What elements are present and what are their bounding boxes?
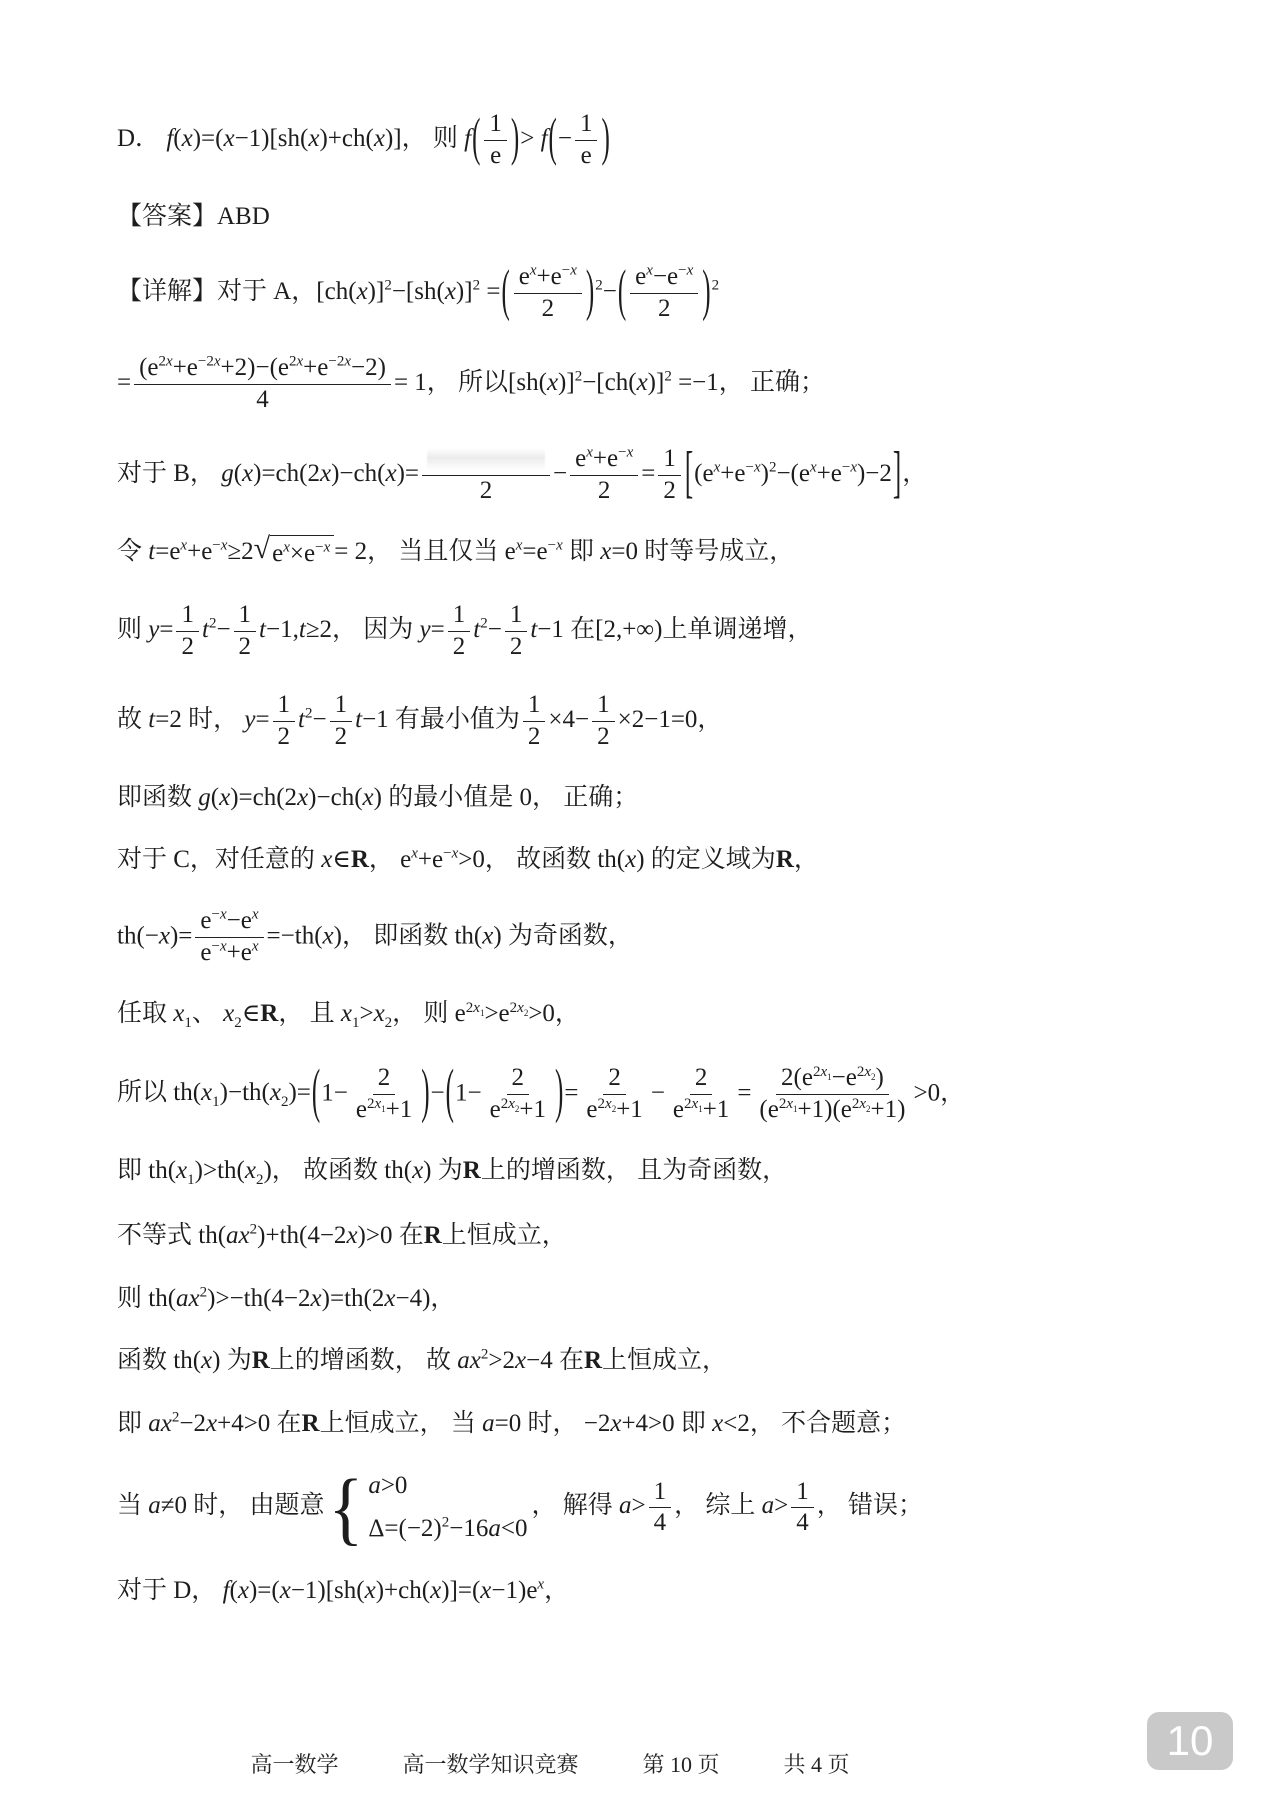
detail-c-line-9: 即 ax2−2x+4>0 在R上恒成立， 当 a=0 时， −2x+4>0 即 …: [117, 1408, 1240, 1441]
detail-c-line-10: 当 a≠0 时， 由题意{a>0Δ=(−2)2−16a<0， 解得 a>14， …: [117, 1470, 1240, 1545]
big-bracket: ]: [893, 438, 901, 513]
fraction: 2e2x1+1: [351, 1064, 417, 1125]
detail-c-line-1: 对于 C，对任意的 x∈R， ex+e−x>0， 故函数 th(x) 的定义域为…: [117, 844, 1240, 877]
footer-page-label: 第 10 页: [643, 1748, 720, 1779]
detail-d-line-1: 对于 D， f(x)=(x−1)[sh(x)+ch(x)]=(x−1)ex，: [117, 1575, 1240, 1608]
big-bracket: ): [601, 106, 609, 174]
big-bracket: (: [446, 1055, 454, 1133]
big-bracket: (: [312, 1055, 320, 1133]
detail-b-line-3: 则 y=12t2−12t−1,t≥2， 因为 y=12t2−12t−1 在[2,…: [117, 601, 1240, 662]
answer-line: 【答案】ABD: [117, 201, 1240, 234]
big-bracket: (: [501, 256, 509, 331]
detail-c-line-7: 则 th(ax2)>−th(4−2x)=th(2x−4)，: [117, 1283, 1240, 1316]
big-bracket: (: [618, 256, 626, 331]
page-number-badge: 10: [1147, 1712, 1233, 1770]
detail-c-line-5: 即 th(x1)>th(x2)， 故函数 th(x) 为R上的增函数， 且为奇函…: [117, 1155, 1240, 1191]
detail-b-line-5: 即函数 g(x)=ch(2x)−ch(x) 的最小值是 0， 正确；: [117, 782, 1240, 815]
fraction: (e2x+e−2x+2)−(e2x+e−2x−2)4: [134, 354, 391, 415]
big-bracket: (: [549, 106, 557, 174]
detail-a-line-1: 【详解】对于 A，[ch(x)]2−[sh(x)]2 =(ex+e−x2)2−(…: [117, 263, 1240, 324]
fraction: 2: [422, 445, 550, 506]
footer-exam-title: 高一数学知识竞赛: [402, 1748, 578, 1779]
big-bracket: ): [702, 256, 710, 331]
detail-b-line-4: 故 t=2 时， y=12t2−12t−1 有最小值为12×4−12×2−1=0…: [117, 691, 1240, 752]
detail-a-line-2: =(e2x+e−2x+2)−(e2x+e−2x−2)4= 1， 所以[sh(x)…: [117, 354, 1240, 415]
big-bracket: ): [586, 256, 594, 331]
detail-b-line-2: 令 t=ex+e−x≥2√ex×e−x= 2， 当且仅当 ex=e−x 即 x=…: [117, 535, 1240, 571]
solution-content: D． f(x)=(x−1)[sh(x)+ch(x)]， 则 f(1e)> f(−…: [0, 0, 1280, 1608]
detail-c-line-8: 函数 th(x) 为R上的增函数， 故 ax2>2x−4 在R上恒成立，: [117, 1345, 1240, 1378]
fraction: ex+e−x2: [570, 445, 638, 506]
fraction: 12: [505, 601, 528, 662]
smudged-area: [427, 449, 545, 471]
fraction: 14: [649, 1478, 672, 1539]
fraction: 12: [592, 691, 615, 752]
big-bracket: [: [685, 438, 693, 513]
detail-c-line-4: 所以 th(x1)−th(x2)=(1−2e2x1+1)−(1−2e2x2+1)…: [117, 1064, 1240, 1125]
fraction: 12: [176, 601, 199, 662]
document-page: D． f(x)=(x−1)[sh(x)+ch(x)]， 则 f(1e)> f(−…: [0, 0, 1280, 1819]
fraction: 12: [658, 445, 681, 506]
big-bracket: (: [472, 106, 480, 174]
fraction: e−x−exe−x+ex: [195, 907, 263, 968]
big-bracket: ): [421, 1055, 429, 1133]
cases-system: {a>0Δ=(−2)2−16a<0: [329, 1470, 528, 1545]
detail-c-line-2: th(−x)=e−x−exe−x+ex=−th(x)， 即函数 th(x) 为奇…: [117, 907, 1240, 968]
footer-course-label: 高一数学: [250, 1748, 338, 1779]
big-bracket: ): [555, 1055, 563, 1133]
fraction: 2(e2x1−e2x2)(e2x1+1)(e2x2+1): [754, 1064, 910, 1125]
detail-c-line-3: 任取 x1、 x2∈R， 且 x1>x2， 则 e2x1>e2x2>0，: [117, 998, 1240, 1034]
detail-b-line-1: 对于 B， g(x)=ch(2x)−ch(x)=2−ex+e−x2=12[(ex…: [117, 445, 1240, 506]
fraction: 2e2x1+1: [668, 1064, 734, 1125]
detail-c-line-6: 不等式 th(ax2)+th(4−2x)>0 在R上恒成立，: [117, 1220, 1240, 1253]
big-bracket: ): [511, 106, 519, 174]
option-d-line: D． f(x)=(x−1)[sh(x)+ch(x)]， 则 f(1e)> f(−…: [117, 110, 1240, 171]
square-root: √ex×e−x: [254, 535, 335, 571]
footer-total-label: 共 4 页: [784, 1748, 850, 1779]
fraction: 2e2x2+1: [485, 1064, 551, 1125]
fraction: 12: [523, 691, 546, 752]
fraction: 12: [273, 691, 296, 752]
fraction: 2e2x2+1: [581, 1064, 647, 1125]
fraction: ex−e−x2: [630, 263, 698, 324]
fraction: 14: [791, 1478, 814, 1539]
fraction: 1e: [575, 110, 598, 171]
fraction: 12: [330, 691, 353, 752]
fraction: ex+e−x2: [514, 263, 582, 324]
fraction: 1e: [484, 110, 507, 171]
page-footer: 高一数学 高一数学知识竞赛 第 10 页 共 4 页: [0, 1748, 1190, 1779]
fraction: 12: [234, 601, 257, 662]
fraction: 12: [448, 601, 471, 662]
